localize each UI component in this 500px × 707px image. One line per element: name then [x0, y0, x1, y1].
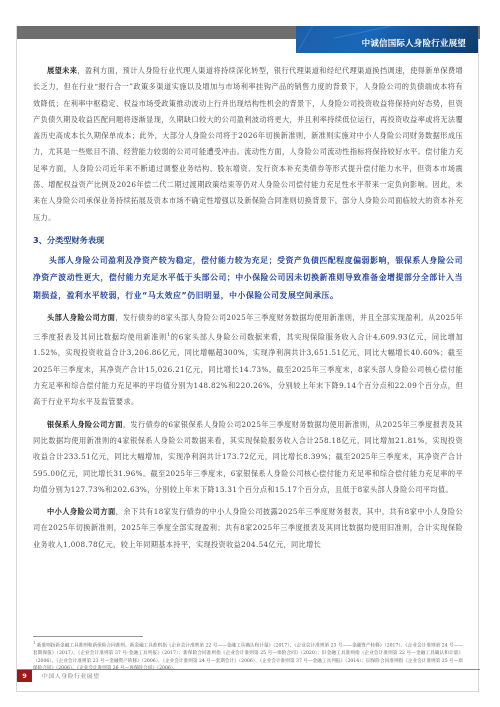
header-banner: 中诚信国际人身险行业展望 [296, 26, 478, 53]
outlook-lead: 展望未来 [47, 66, 77, 75]
footnote-text: 新准则指新金融工具准则和新保险合同准则。新金融工具准则指《企业会计准则第 22 … [33, 644, 463, 672]
bancassurance-lead: 银保系人身险公司方面 [47, 420, 123, 429]
head-companies-text-b: 的6家头部人身险公司数据来看，其实现保险服务收入合计4,609.93亿元，同比增… [33, 332, 463, 406]
section-heading: 3、分类型财务表现 [33, 232, 463, 248]
small-medium-paragraph: 中小人身险公司方面，余下共有18家发行债券的中小人身险公司披露2025年三季度财… [33, 504, 463, 553]
bancassurance-text: ，发行债券的6家银保系人身险公司2025年三季度财务数据均使用新准则，从2025… [33, 420, 463, 494]
footnote: 1 新准则指新金融工具准则和新保险合同准则。新金融工具准则指《企业会计准则第 2… [33, 640, 463, 673]
footnote-divider [33, 636, 143, 637]
head-companies-paragraph: 头部人身险公司方面，发行债券的8家头部人身险公司2025年三季度财务数据均使用新… [33, 310, 463, 410]
footer-divider [17, 669, 480, 670]
outlook-text: ，盈利方面，预计人身险行业代理人渠道将持续深化转型，银行代理渠道和经纪代理渠道换… [33, 66, 463, 222]
outlook-paragraph: 展望未来，盈利方面，预计人身险行业代理人渠道将持续深化转型，银行代理渠道和经纪代… [33, 63, 463, 226]
footer-title: 中国人身险行业展望 [42, 671, 100, 680]
section-summary: 头部人身险公司盈利及净资产较为稳定，偿付能力较为充足；受资产负债匹配程度偏弱影响… [33, 252, 463, 305]
page-content: 展望未来，盈利方面，预计人身险行业代理人渠道将持续深化转型，银行代理渠道和经纪代… [33, 63, 463, 553]
head-companies-lead: 头部人身险公司方面 [47, 313, 115, 322]
small-medium-lead: 中小人身险公司方面 [47, 507, 116, 516]
bancassurance-paragraph: 银保系人身险公司方面，发行债券的6家银保系人身险公司2025年三季度财务数据均使… [33, 417, 463, 498]
page-number-badge: 9 [17, 670, 32, 682]
footnote-marker: 1 [33, 641, 35, 645]
header-title: 中诚信国际人身险行业展望 [362, 37, 466, 49]
document-page: 中诚信国际人身险行业展望 展望未来，盈利方面，预计人身险行业代理人渠道将持续深化… [16, 26, 479, 692]
